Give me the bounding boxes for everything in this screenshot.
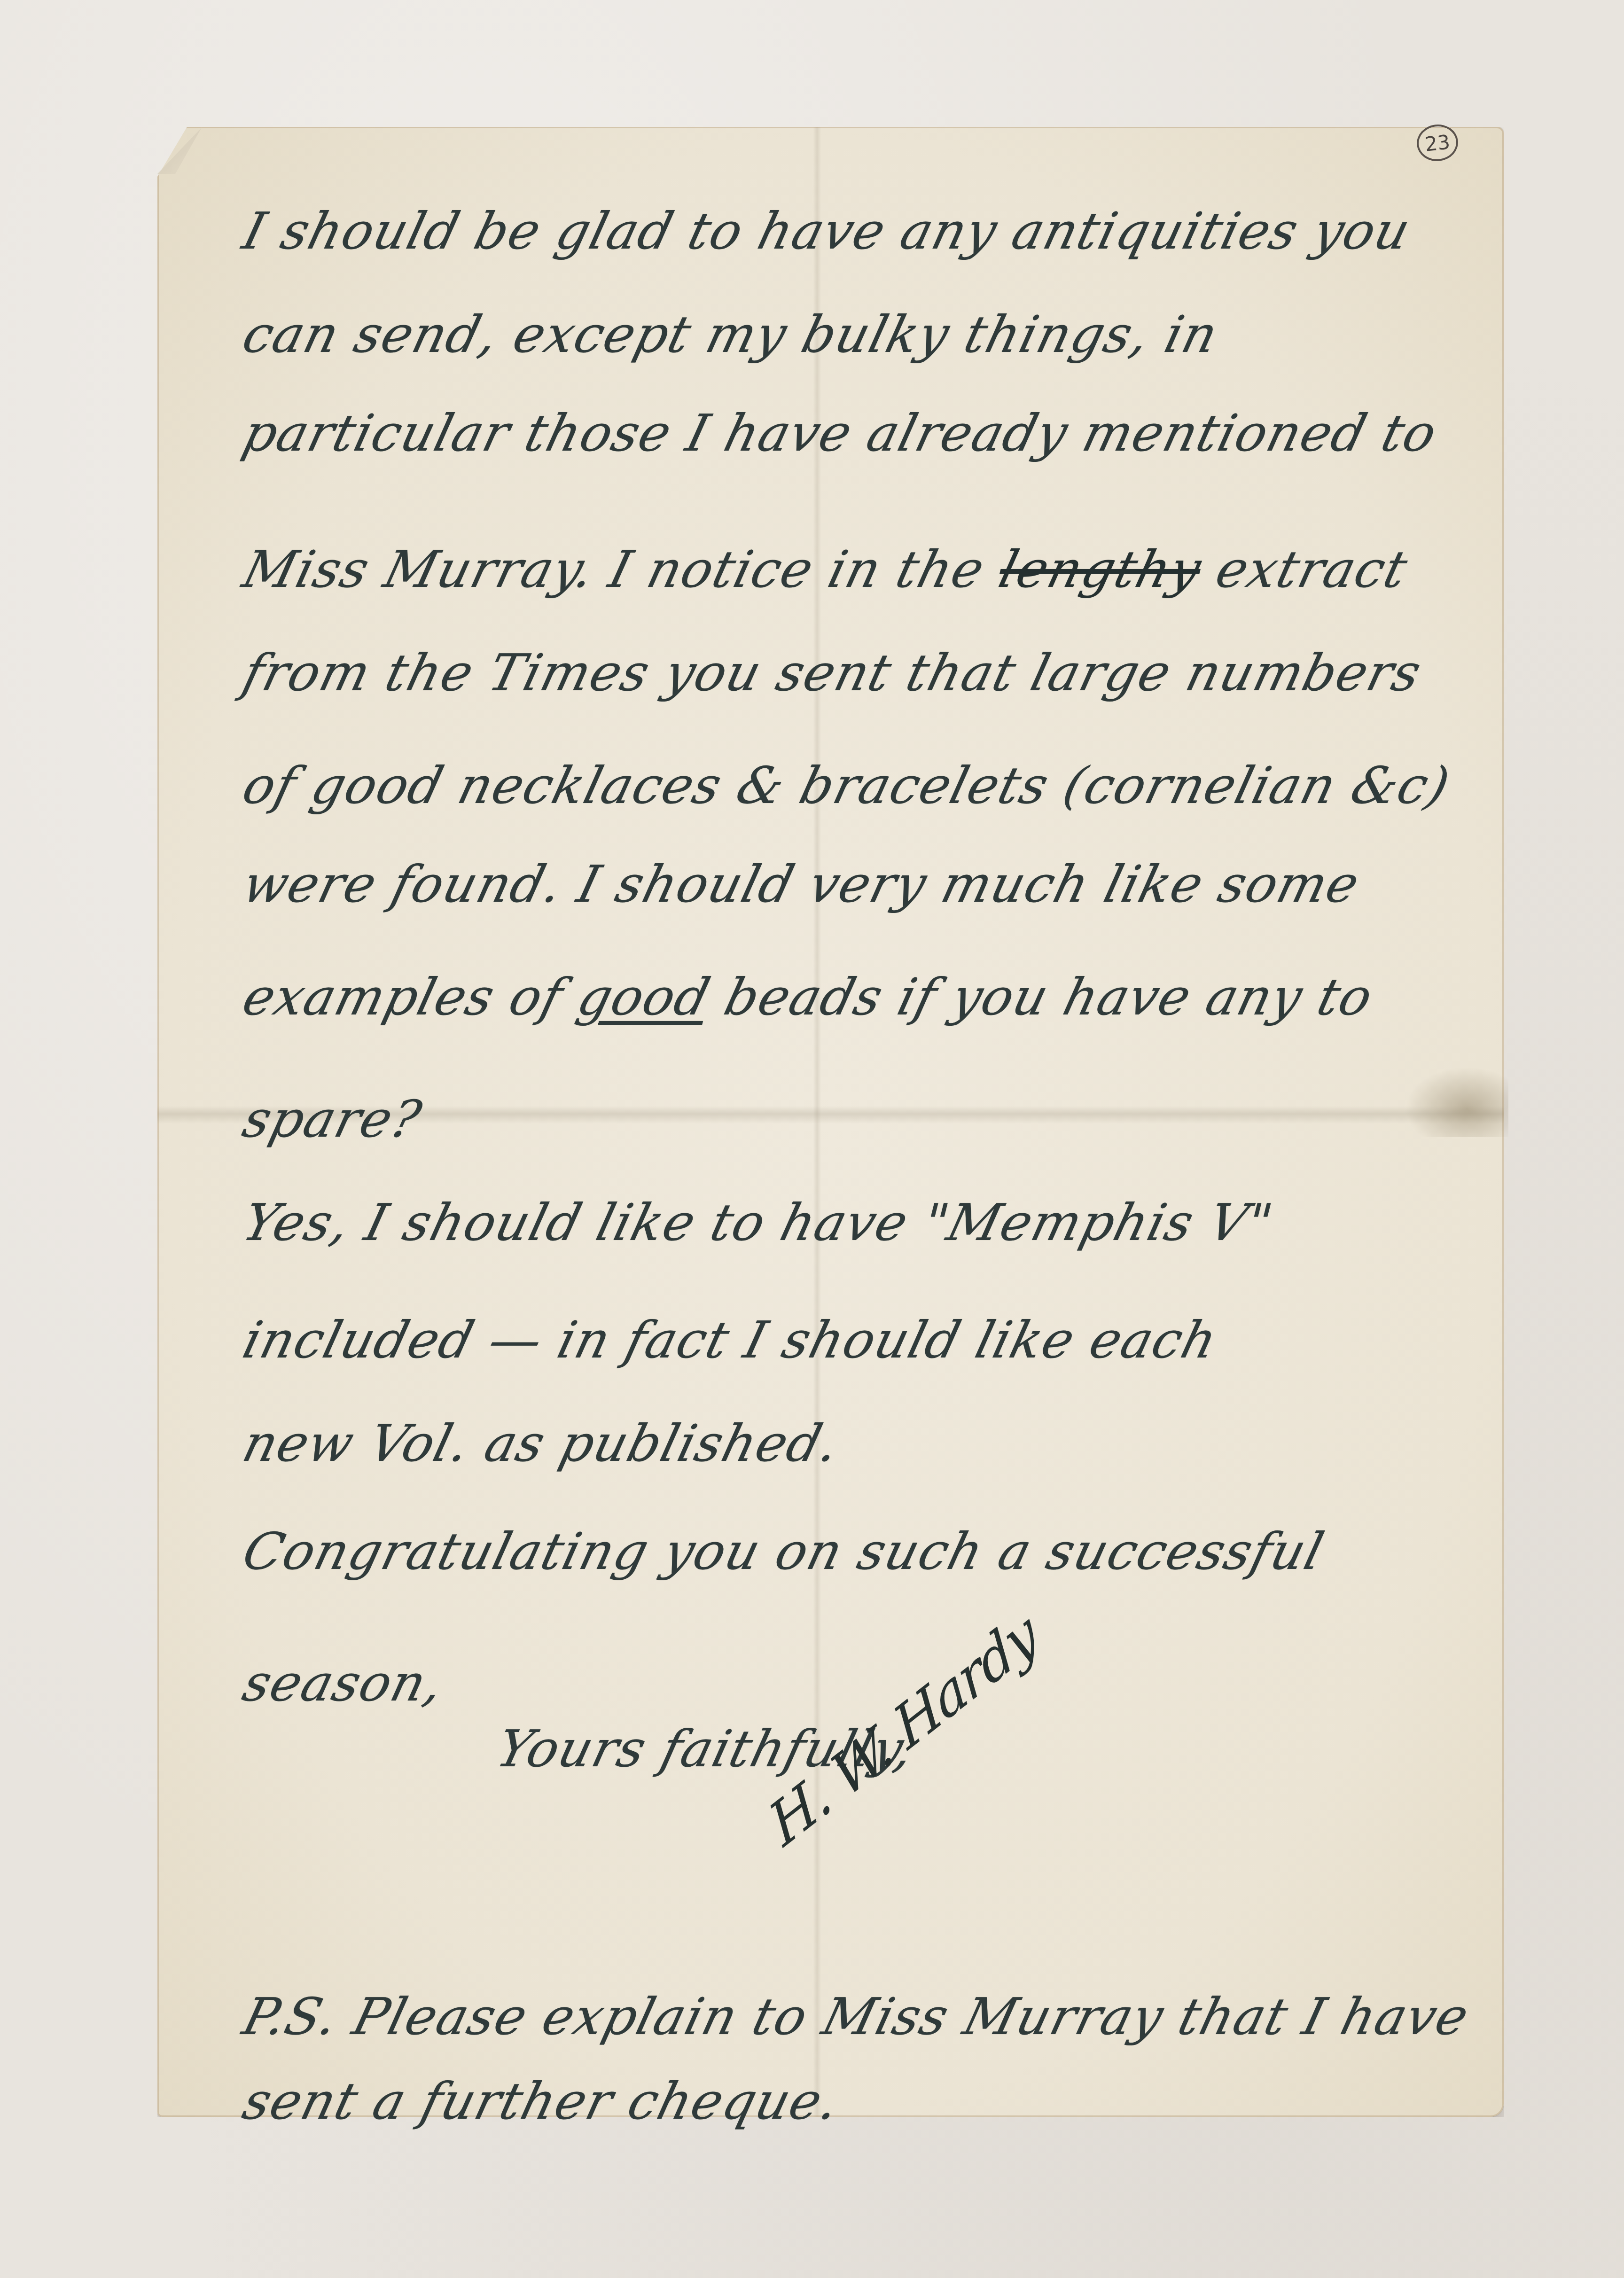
struck-word: lengthy [993, 540, 1208, 599]
letter-line: particular those I have already mentione… [237, 404, 1443, 463]
letter-line-text: beads if you have any to [718, 968, 1379, 1027]
letter-line: I should be glad to have any antiquities… [237, 202, 1416, 261]
letter-body: I should be glad to have any antiquities… [0, 0, 1624, 2278]
postscript-line: P.S. Please explain to Miss Murray that … [237, 1988, 1475, 2046]
letter-line: were found. I should very much like some [237, 855, 1366, 914]
letter-line: examples of good beads if you have any t… [237, 968, 1379, 1027]
letter-line: can send, except my bulky things, in [237, 305, 1224, 364]
letter-line: new Vol. as published. [237, 1414, 845, 1473]
letter-line: spare? [237, 1090, 428, 1149]
letter-line-text: extract [1210, 540, 1413, 599]
letter-line: of good necklaces & bracelets (cornelian… [237, 757, 1456, 815]
letter-line: season, [237, 1654, 450, 1713]
postscript-line: sent a further cheque. [237, 2072, 845, 2131]
letter-line: Congratulating you on such a successful [237, 1522, 1330, 1581]
underlined-word: good [572, 968, 716, 1027]
letter-line: included — in fact I should like each [237, 1311, 1223, 1370]
letter-line: Yes, I should like to have "Memphis V" [237, 1194, 1279, 1252]
letter-line-text: examples of [237, 968, 569, 1027]
letter-line-text: Miss Murray. I notice in the [237, 540, 991, 599]
letter-line: from the Times you sent that large numbe… [237, 644, 1428, 702]
letter-line: Miss Murray. I notice in the lengthy ext… [237, 540, 1413, 599]
